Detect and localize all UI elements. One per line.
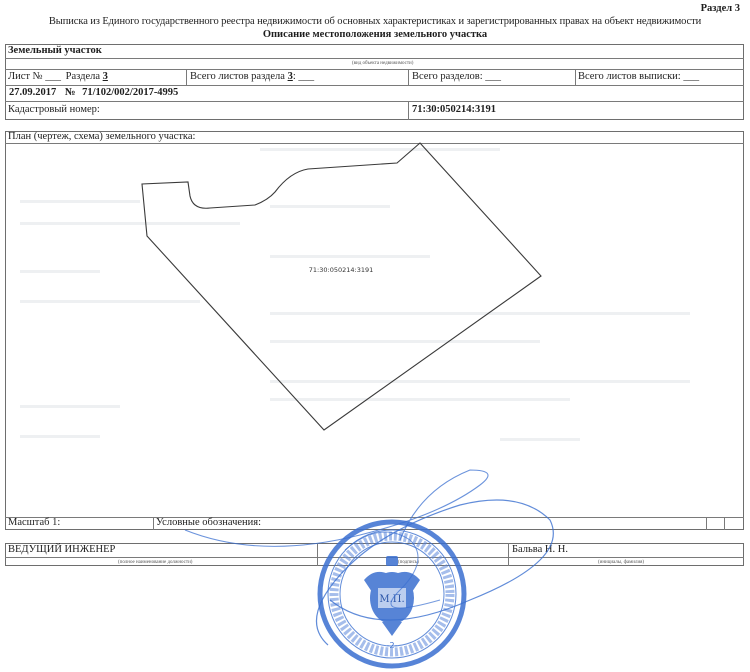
handwritten-signature: [0, 0, 750, 672]
